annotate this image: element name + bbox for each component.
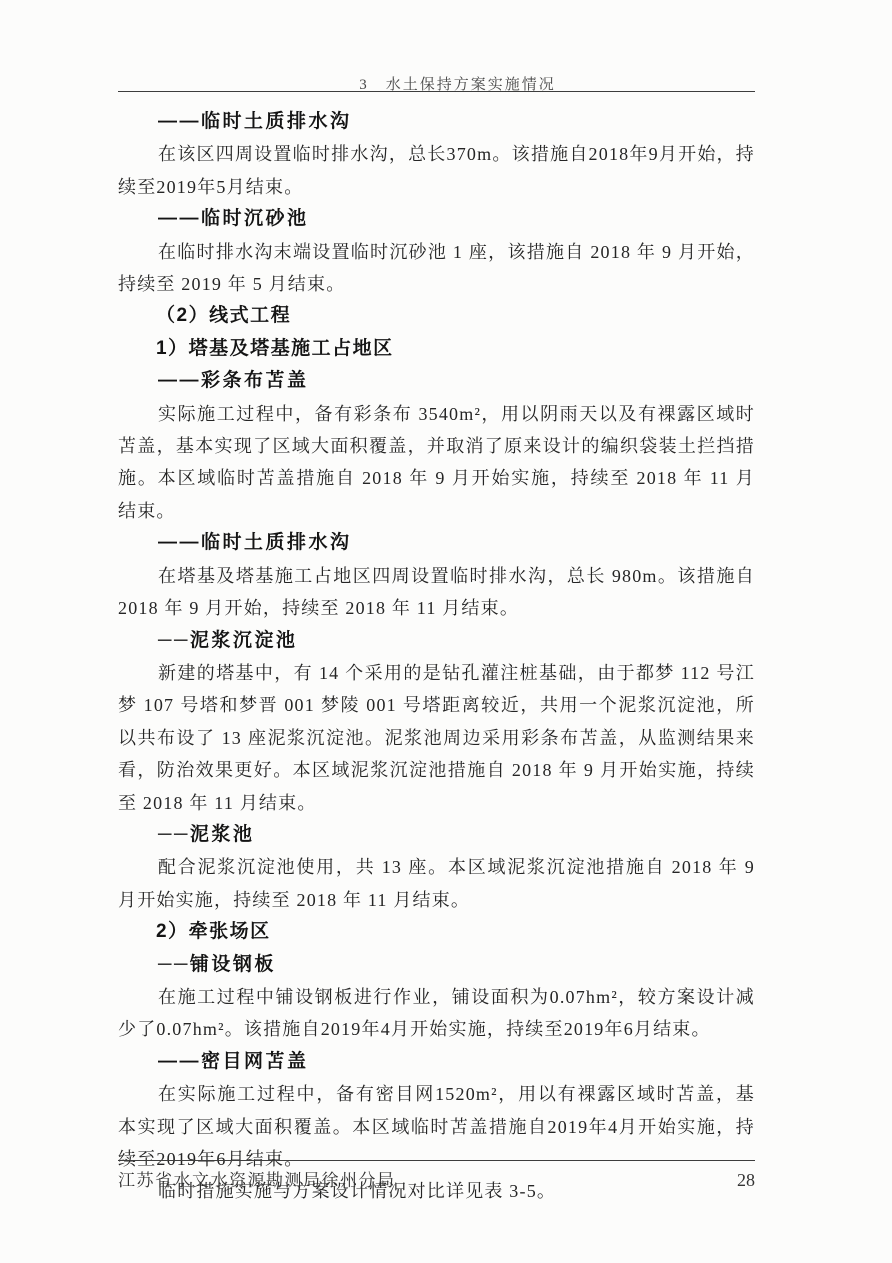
numbered-heading: 1）塔基及塔基施工占地区 — [118, 333, 755, 365]
document-page: 3 水土保持方案实施情况 ——临时土质排水沟在该区四周设置临时排水沟，总长370… — [0, 0, 892, 1263]
dash-subheading: ——密目网苫盖 — [118, 1046, 755, 1078]
footer-rule — [118, 1160, 755, 1161]
header-rule — [118, 91, 755, 92]
body-paragraph: 配合泥浆沉淀池使用，共 13 座。本区域泥浆沉淀池措施自 2018 年 9 月开… — [118, 851, 755, 916]
numbered-heading: （2）线式工程 — [118, 300, 755, 332]
dash-subheading: ──泥浆池 — [118, 819, 755, 851]
body-paragraph: 新建的塔基中，有 14 个采用的是钻孔灌注桩基础，由于都梦 112 号江梦 10… — [118, 657, 755, 819]
footer-organization: 江苏省水文水资源勘测局徐州分局 — [118, 1166, 396, 1191]
page-number: 28 — [737, 1170, 755, 1191]
dash-subheading: ——临时土质排水沟 — [118, 527, 755, 559]
dash-subheading: ——彩条布苫盖 — [118, 365, 755, 397]
numbered-heading: 2）牵张场区 — [118, 916, 755, 948]
body-paragraph: 实际施工过程中，备有彩条布 3540m²，用以阴雨天以及有裸露区域时苫盖，基本实… — [118, 398, 755, 528]
document-body: ——临时土质排水沟在该区四周设置临时排水沟，总长370m。该措施自2018年9月… — [118, 106, 755, 1208]
body-paragraph: 在塔基及塔基施工占地区四周设置临时排水沟，总长 980m。该措施自 2018 年… — [118, 560, 755, 625]
dash-subheading: ——临时土质排水沟 — [118, 106, 755, 138]
page-footer: 江苏省水文水资源勘测局徐州分局 28 — [118, 1166, 755, 1191]
body-paragraph: 在该区四周设置临时排水沟，总长370m。该措施自2018年9月开始，持续至201… — [118, 138, 755, 203]
dash-subheading: ──铺设钢板 — [118, 949, 755, 981]
dash-subheading: ──泥浆沉淀池 — [118, 625, 755, 657]
page-header: 3 水土保持方案实施情况 — [0, 56, 892, 111]
body-paragraph: 在临时排水沟末端设置临时沉砂池 1 座，该措施自 2018 年 9 月开始，持续… — [118, 236, 755, 301]
dash-subheading: ——临时沉砂池 — [118, 203, 755, 235]
body-paragraph: 在施工过程中铺设钢板进行作业，铺设面积为0.07hm²，较方案设计减少了0.07… — [118, 981, 755, 1046]
